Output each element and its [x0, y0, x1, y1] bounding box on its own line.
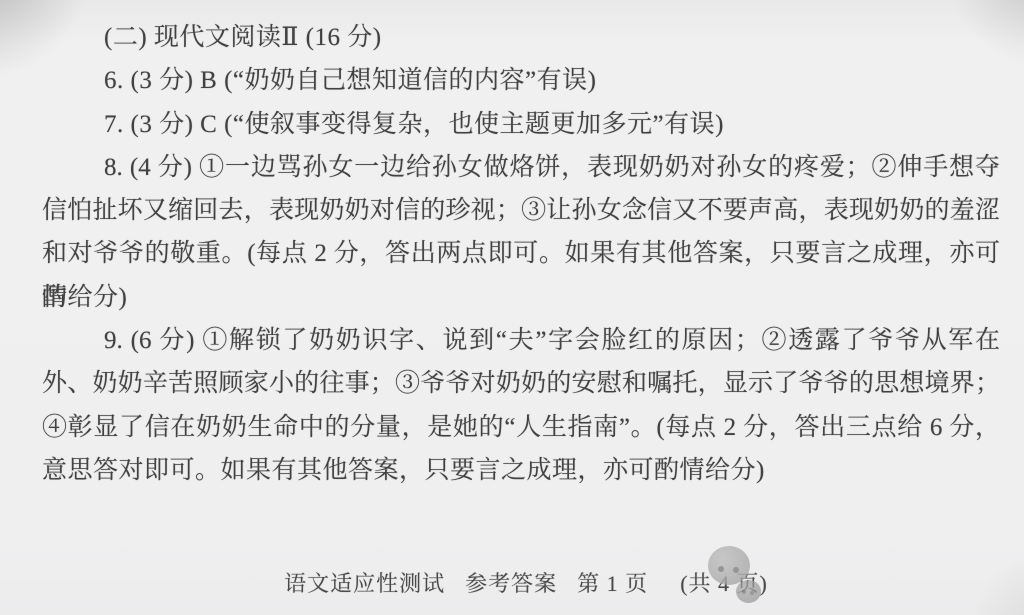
answer-q8-line-4: 情给分) — [42, 276, 1000, 319]
answer-q9-line-3: ④彰显了信在奶奶生命中的分量，是她的“人生指南”。(每点 2 分，答出三点给 6… — [42, 406, 1000, 449]
answer-q8-line-1: 8. (4 分) ①一边骂孙女一边给孙女做烙饼，表现奶奶对孙女的疼爱；②伸手想夺 — [42, 146, 1000, 189]
footer-doc-type: 参考答案 — [465, 567, 557, 598]
answer-q9-line-4: 意思答对即可。如果有其他答案，只要言之成理，亦可酌情给分) — [42, 449, 1000, 492]
footer-page-total: (共 4 页) — [680, 567, 768, 598]
answer-sheet-page: (二) 现代文阅读Ⅱ (16 分) 6. (3 分) B (“奶奶自己想知道信的… — [0, 0, 1024, 615]
answer-q6: 6. (3 分) B (“奶奶自己想知道信的内容”有误) — [42, 59, 1000, 102]
page-footer: 语文适应性测试 参考答案 第 1 页 (共 4 页) — [14, 567, 1024, 598]
footer-page-number: 第 1 页 — [577, 567, 648, 598]
answer-q9-line-1: 9. (6 分) ①解锁了奶奶识字、说到“夫”字会脸红的原因；②透露了爷爷从军在 — [42, 319, 1000, 362]
answer-q8-line-2: 信怕扯坏又缩回去，表现奶奶对信的珍视；③让孙女念信又不要声高，表现奶奶的羞涩 — [42, 189, 1000, 232]
answer-q9-line-2: 外、奶奶辛苦照顾家小的往事；③爷爷对奶奶的安慰和嘱托，显示了爷爷的思想境界； — [42, 362, 1000, 405]
answer-q7: 7. (3 分) C (“使叙事变得复杂，也使主题更加多元”有误) — [42, 103, 1000, 146]
footer-test-title: 语文适应性测试 — [284, 567, 445, 598]
answer-q8-line-3: 和对爷爷的敬重。(每点 2 分，答出两点即可。如果有其他答案，只要言之成理，亦可… — [42, 232, 1000, 275]
section-heading: (二) 现代文阅读Ⅱ (16 分) — [42, 16, 1000, 59]
answer-content: (二) 现代文阅读Ⅱ (16 分) 6. (3 分) B (“奶奶自己想知道信的… — [42, 16, 1000, 492]
